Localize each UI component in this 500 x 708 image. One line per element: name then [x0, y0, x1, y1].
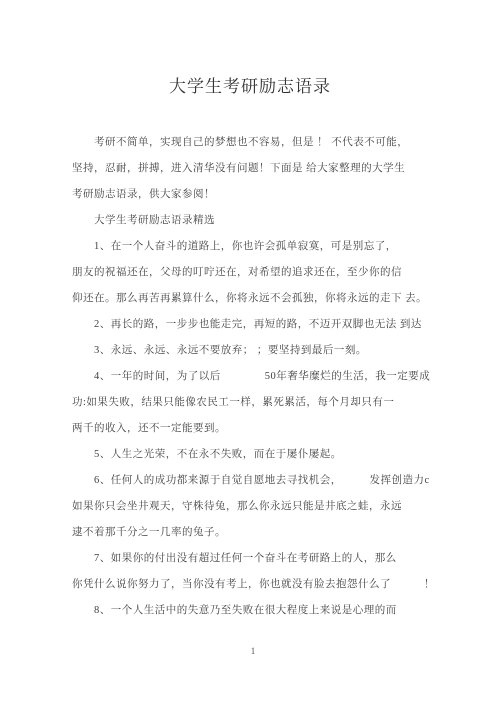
document-title: 大学生考研励志语录: [0, 72, 500, 97]
text-line: 3、永远、永远、永远不要放弃； ；要坚持到最后一刻。: [72, 338, 417, 364]
text-line: 1、在一个人奋斗的道路上，你也许会孤单寂寞，可是别忘了，: [72, 234, 417, 260]
document-page: 大学生考研励志语录 考研不简单，实现自己的梦想也不容易，但是 ！ 不代表不可能，…: [0, 0, 500, 708]
text-line: 如果你只会坐井观天，守株待兔，那么你永远只能是井底之蛙，永远: [72, 494, 417, 520]
text-line: 7、如果你的付出没有超过任何一个奋斗在考研路上的人，那么: [72, 546, 417, 572]
text-line: 功:如果失败，结果只能像农民工一样，累死累活，每个月却只有一: [72, 390, 417, 416]
text-line: 仰还在。那么再苦再累算什么，你将永远不会孤独，你将永远的走下 去。: [72, 286, 417, 312]
page-number: 1: [0, 646, 500, 656]
text-line: 你凭什么说你努力了，当你没有考上，你也就没有脸去抱怨什么了 ！: [72, 572, 417, 598]
text-line: 8、一个人生活中的失意乃至失败在很大程度上来说是心理的而: [72, 598, 417, 624]
text-line: 5、人生之光荣，不在永不失败，而在于屡仆屡起。: [72, 442, 417, 468]
text-line: 朋友的祝福还在，父母的叮咛还在，对希望的追求还在，至少你的信: [72, 260, 417, 286]
text-line: 2、再长的路，一步步也能走完，再短的路，不迈开双脚也无法 到达: [72, 312, 417, 338]
document-body: 考研不简单，实现自己的梦想也不容易，但是 ！ 不代表不可能，坚持，忍耐，拼搏，进…: [72, 130, 417, 624]
text-line: 坚持，忍耐，拼搏，进入清华没有问题！下面是 给大家整理的大学生: [72, 156, 417, 182]
text-line: 考研励志语录，供大家参阅！: [72, 182, 417, 208]
text-line: 大学生考研励志语录精选: [72, 208, 417, 234]
text-line: 两千的收入，还不一定能要到。: [72, 416, 417, 442]
text-line: 考研不简单，实现自己的梦想也不容易，但是 ！ 不代表不可能，: [72, 130, 417, 156]
text-line: 4、一年的时间，为了以后 50年奢华糜烂的生活，我一定要成: [72, 364, 417, 390]
text-line: 6、任何人的成功都来源于自觉自愿地去寻找机会， 发挥创造力c: [72, 468, 417, 494]
text-line: 逮不着那千分之一几率的兔子。: [72, 520, 417, 546]
